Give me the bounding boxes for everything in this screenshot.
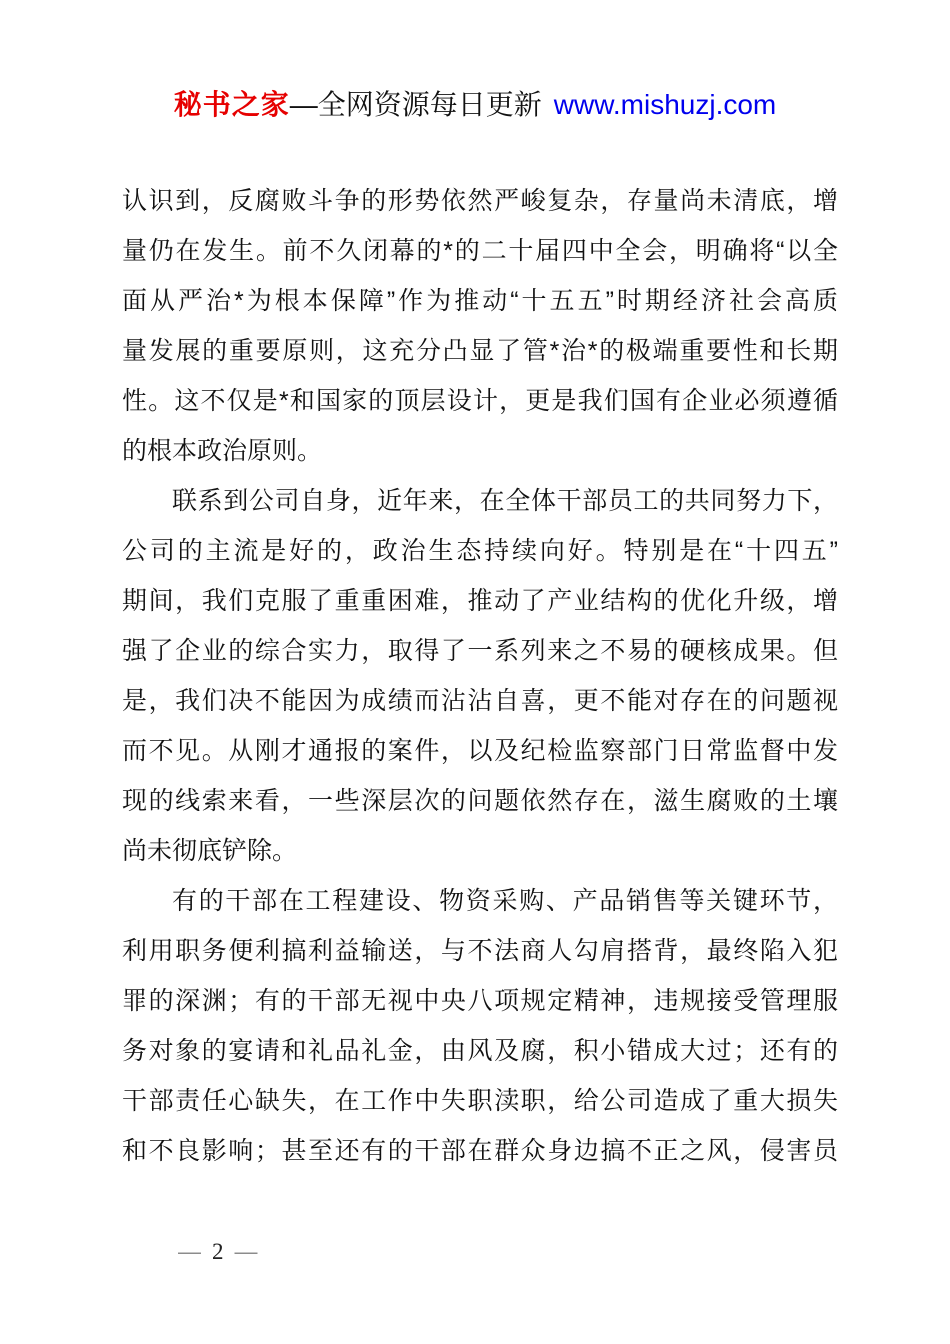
text-line: 尚未彻底铲除。 xyxy=(122,826,838,876)
text-line: 强了企业的综合实力，取得了一系列来之不易的硬核成果。但 xyxy=(122,626,838,676)
text-line: 有的干部在工程建设、物资采购、产品销售等关键环节， xyxy=(122,876,838,926)
text-line: 和不良影响；甚至还有的干部在群众身边搞不正之风，侵害员 xyxy=(122,1126,838,1176)
header-tagline: —全网资源每日更新 xyxy=(290,89,542,120)
text-line: 的根本政治原则。 xyxy=(122,426,838,476)
text-line: 罪的深渊；有的干部无视中央八项规定精神，违规接受管理服 xyxy=(122,976,838,1026)
text-line: 期间，我们克服了重重困难，推动了产业结构的优化升级，增 xyxy=(122,576,838,626)
text-line: 而不见。从刚才通报的案件，以及纪检监察部门日常监督中发 xyxy=(122,726,838,776)
text-line: 干部责任心缺失，在工作中失职渎职，给公司造成了重大损失 xyxy=(122,1076,838,1126)
document-page: 秘书之家—全网资源每日更新www.mishuzj.com 认识到，反腐败斗争的形… xyxy=(0,0,950,1344)
footer-right-dash: — xyxy=(235,1238,258,1264)
text-line: 利用职务便利搞利益输送，与不法商人勾肩搭背，最终陷入犯 xyxy=(122,926,838,976)
document-body: 认识到，反腐败斗争的形势依然严峻复杂，存量尚未清底，增量仍在发生。前不久闭幕的*… xyxy=(122,176,838,1176)
page-number: 2 xyxy=(212,1239,224,1264)
text-line: 面从严治*为根本保障”作为推动“十五五”时期经济社会高质 xyxy=(122,276,838,326)
text-line: 是，我们决不能因为成绩而沾沾自喜，更不能对存在的问题视 xyxy=(122,676,838,726)
text-line: 务对象的宴请和礼品礼金，由风及腐，积小错成大过；还有的 xyxy=(122,1026,838,1076)
paragraph-2: 联系到公司自身，近年来，在全体干部员工的共同努力下，公司的主流是好的，政治生态持… xyxy=(122,476,838,876)
text-line: 量仍在发生。前不久闭幕的*的二十届四中全会，明确将“以全 xyxy=(122,226,838,276)
brand-name: 秘书之家 xyxy=(174,89,290,120)
text-line: 性。这不仅是*和国家的顶层设计，更是我们国有企业必须遵循 xyxy=(122,376,838,426)
text-line: 联系到公司自身，近年来，在全体干部员工的共同努力下， xyxy=(122,476,838,526)
paragraph-1: 认识到，反腐败斗争的形势依然严峻复杂，存量尚未清底，增量仍在发生。前不久闭幕的*… xyxy=(122,176,838,476)
paragraph-3: 有的干部在工程建设、物资采购、产品销售等关键环节，利用职务便利搞利益输送，与不法… xyxy=(122,876,838,1176)
text-line: 量发展的重要原则，这充分凸显了管*治*的极端重要性和长期 xyxy=(122,326,838,376)
text-line: 认识到，反腐败斗争的形势依然严峻复杂，存量尚未清底，增 xyxy=(122,176,838,226)
page-footer: —2— xyxy=(178,1237,258,1266)
site-url-link[interactable]: www.mishuzj.com xyxy=(554,89,776,120)
text-line: 公司的主流是好的，政治生态持续向好。特别是在“十四五” xyxy=(122,526,838,576)
page-header: 秘书之家—全网资源每日更新www.mishuzj.com xyxy=(0,84,950,126)
text-line: 现的线索来看，一些深层次的问题依然存在，滋生腐败的土壤 xyxy=(122,776,838,826)
footer-left-dash: — xyxy=(178,1238,201,1264)
